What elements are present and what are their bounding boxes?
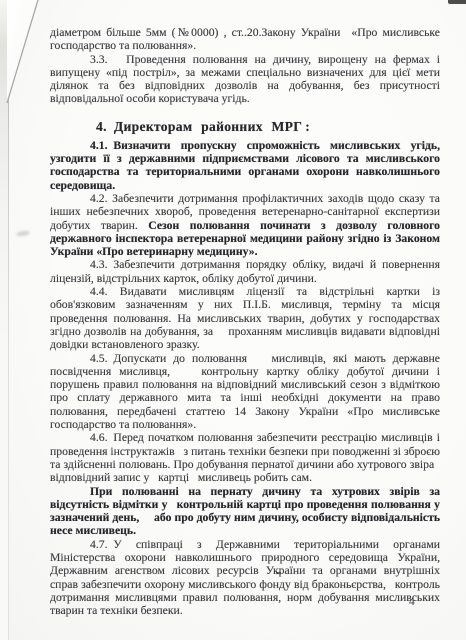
paragraph-3-2-continuation: діаметром більше 5мм (№0000) , ст..20.За…: [50, 26, 440, 53]
paragraph-4-4-text-run: 4.4. Видавати мисливцям ліцензії та відс…: [50, 285, 440, 351]
paragraph-3-2-continuation-text-run: діаметром більше 5мм (№0000) , ст..20.За…: [50, 26, 440, 52]
scan-smudge-left-margin: [16, 230, 31, 237]
page-number: 4: [409, 596, 415, 608]
paragraph-liability-warning-bold-run: При полюванні на пернату дичину та хутро…: [50, 485, 440, 538]
paragraph-4-5-text-run: 4.5. Допускати до полювання мисливців, я…: [50, 352, 440, 431]
paragraph-3-3-text-run: 3.3. Проведення полювання на дичину, вир…: [50, 53, 440, 106]
paragraph-4-3-text-run: 4.3. Забезпечити дотримання порядку облі…: [50, 258, 440, 284]
paragraph-4-2: 4.2. Забезпечити дотримання профілактичн…: [50, 192, 440, 258]
paragraph-liability-warning: При полюванні на пернату дичину та хутро…: [50, 485, 440, 538]
paragraph-4-6: 4.6. Перед початком полювання забезпечит…: [50, 431, 440, 484]
section-4-heading-bold-run: 4. Директорам районних МРГ :: [96, 119, 310, 134]
scan-artifact-top-right: [448, 0, 466, 4]
document-body: діаметром більше 5мм (№0000) , ст..20.За…: [50, 26, 440, 617]
paragraph-4-4: 4.4. Видавати мисливцям ліцензії та відс…: [50, 285, 440, 351]
paragraph-4-6-text-run: 4.6. Перед початком полювання забезпечит…: [50, 431, 440, 484]
paragraph-3-3: 3.3. Проведення полювання на дичину, вир…: [50, 53, 440, 106]
paragraph-4-3: 4.3. Забезпечити дотримання порядку облі…: [50, 258, 440, 285]
paragraph-4-7: 4.7. У співпраці з Державними територіал…: [50, 538, 440, 618]
paragraph-4-1: 4.1. Визначити пропускну спроможність ми…: [50, 139, 440, 192]
paragraph-4-5: 4.5. Допускати до полювання мисливців, я…: [50, 352, 440, 432]
scanned-page: діаметром більше 5мм (№0000) , ст..20.За…: [0, 0, 466, 640]
page-corner-fold: [0, 0, 48, 110]
paragraph-4-7-text-run: 4.7. У співпраці з Державними територіал…: [50, 538, 440, 617]
paragraph-4-1-bold-run: 4.1. Визначити пропускну спроможність ми…: [50, 139, 440, 192]
section-4-heading: 4. Директорам районних МРГ :: [50, 119, 440, 135]
